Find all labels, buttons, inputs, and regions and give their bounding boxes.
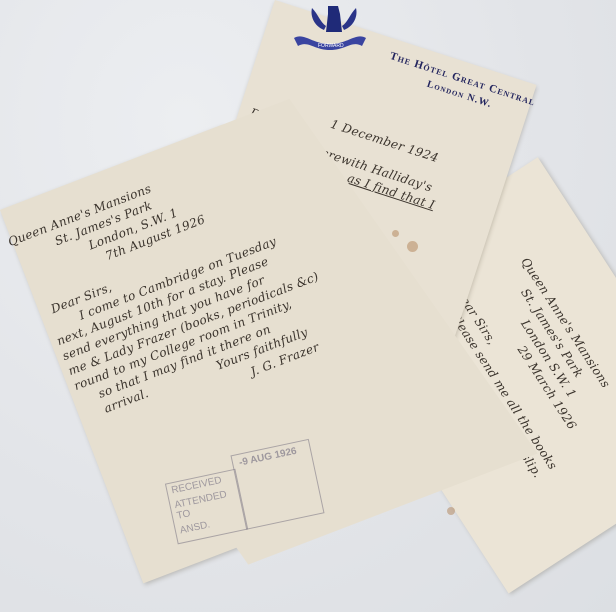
svg-text:FORWARD: FORWARD [318,43,344,49]
foxing-stain [407,241,418,252]
photo-scene: Queen Anne's Mansions St. James's Park L… [0,0,616,612]
stamp-date-box: -9 AUG 1926 [230,439,324,530]
letterhead-crest: FORWARD [290,2,370,56]
foxing-stain [392,230,399,237]
winged-crest-icon: FORWARD [290,2,370,52]
foxing-stain [447,507,455,515]
